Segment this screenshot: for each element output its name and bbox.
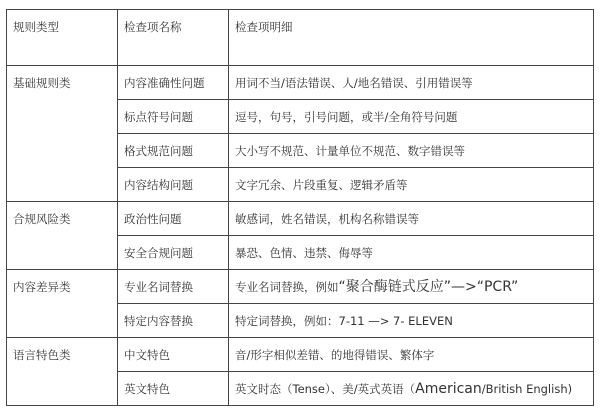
check-name-cell: 内容结构问题 — [118, 168, 229, 202]
detail-text: 专业名词替换，例如 — [235, 280, 339, 294]
check-detail-cell: 敏感词，姓名错误，机构名称错误等 — [229, 202, 594, 236]
detail-example: American — [415, 381, 482, 397]
check-detail-cell: 文字冗余、片段重复、逻辑矛盾等 — [229, 168, 594, 202]
rule-type-cell: 合规风险类 — [7, 202, 118, 270]
check-detail-cell: 逗号，句号，引号问题，或半/全角符号问题 — [229, 100, 594, 134]
detail-example: “聚合酶链式反应”—>“PCR” — [339, 279, 519, 295]
header-rule-type: 规则类型 — [7, 10, 118, 66]
check-name-cell: 标点符号问题 — [118, 100, 229, 134]
check-detail-cell: 特定词替换，例如：7-11 —> 7- ELEVEN — [229, 304, 594, 338]
table-row: 语言特色类 中文特色 音/形字相似差错、的地得错误、繁体字 — [7, 338, 594, 372]
check-detail-cell: 专业名词替换，例如“聚合酶链式反应”—>“PCR” — [229, 270, 594, 304]
header-check-name: 检查项名称 — [118, 10, 229, 66]
check-name-cell: 政治性问题 — [118, 202, 229, 236]
check-detail-cell: 用词不当/语法错误、人/地名错误、引用错误等 — [229, 66, 594, 100]
check-name-cell: 中文特色 — [118, 338, 229, 372]
check-name-cell: 特定内容替换 — [118, 304, 229, 338]
detail-text-suffix: /British English) — [482, 382, 572, 396]
rule-type-cell: 内容差异类 — [7, 270, 118, 338]
rule-type-cell: 基础规则类 — [7, 66, 118, 202]
check-name-cell: 内容准确性问题 — [118, 66, 229, 100]
check-name-cell: 英文特色 — [118, 372, 229, 406]
check-detail-cell: 音/形字相似差错、的地得错误、繁体字 — [229, 338, 594, 372]
check-detail-cell: 英文时态（Tense）、美/英式英语（American/British Engl… — [229, 372, 594, 406]
check-detail-cell: 暴恐、色情、违禁、侮辱等 — [229, 236, 594, 270]
rule-type-cell: 语言特色类 — [7, 338, 118, 406]
check-detail-cell: 大小写不规范、计量单位不规范、数字错误等 — [229, 134, 594, 168]
header-check-detail: 检查项明细 — [229, 10, 594, 66]
check-name-cell: 格式规范问题 — [118, 134, 229, 168]
table-header-row: 规则类型 检查项名称 检查项明细 — [7, 10, 594, 66]
table-row: 基础规则类 内容准确性问题 用词不当/语法错误、人/地名错误、引用错误等 — [7, 66, 594, 100]
rules-table: 规则类型 检查项名称 检查项明细 基础规则类 内容准确性问题 用词不当/语法错误… — [6, 9, 594, 406]
check-name-cell: 专业名词替换 — [118, 270, 229, 304]
check-name-cell: 安全合规问题 — [118, 236, 229, 270]
table-row: 合规风险类 政治性问题 敏感词，姓名错误，机构名称错误等 — [7, 202, 594, 236]
table-row: 内容差异类 专业名词替换 专业名词替换，例如“聚合酶链式反应”—>“PCR” — [7, 270, 594, 304]
detail-text: 英文时态（Tense）、美/英式英语（ — [235, 382, 415, 396]
